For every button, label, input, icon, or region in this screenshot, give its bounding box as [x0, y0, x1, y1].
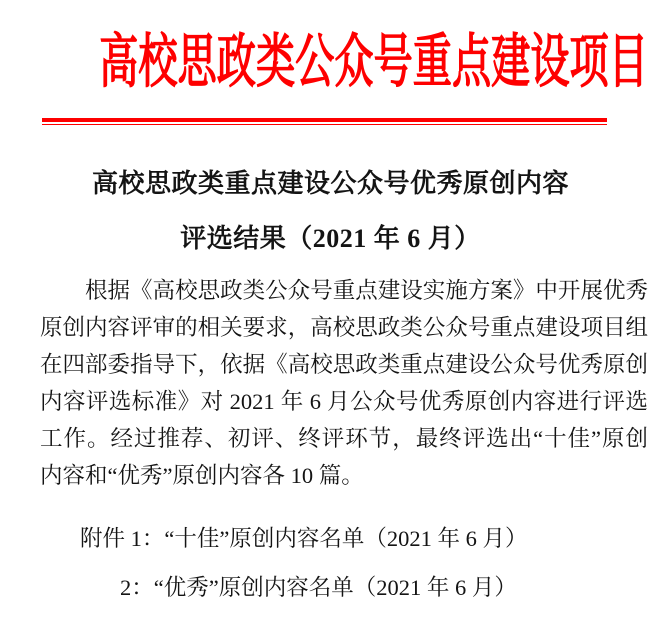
body-line: 在四部委指导下，依据《高校思政类重点建设公众号优秀原创	[40, 346, 648, 383]
document-title-line-1: 高校思政类重点建设公众号优秀原创内容	[0, 169, 661, 199]
body-line: 内容和“优秀”原创内容各 10 篇。	[40, 457, 648, 494]
body-line: 内容评选标准》对 2021 年 6 月公众号优秀原创内容进行评选	[40, 383, 648, 420]
divider-thick-rule	[42, 118, 607, 122]
divider-thin-rule	[42, 124, 607, 125]
letterhead-divider	[42, 118, 607, 125]
attachment-list: 附件 1：“十佳”原创内容名单（2021 年 6 月） 2：“优秀”原创内容名单…	[40, 520, 648, 606]
body-line: 根据《高校思政类公众号重点建设实施方案》中开展优秀	[40, 272, 648, 309]
body-paragraph: 根据《高校思政类公众号重点建设实施方案》中开展优秀 原创内容评审的相关要求，高校…	[40, 272, 648, 494]
body-line: 原创内容评审的相关要求，高校思政类公众号重点建设项目组	[40, 309, 648, 346]
document-title-line-2: 评选结果（2021 年 6 月）	[0, 224, 661, 254]
document-page: 高校思政类公众号重点建设项目 高校思政类重点建设公众号优秀原创内容 评选结果（2…	[0, 0, 661, 632]
body-line: 工作。经过推荐、初评、终评环节，最终评选出“十佳”原创	[40, 420, 648, 457]
attachment-item: 附件 1：“十佳”原创内容名单（2021 年 6 月）	[40, 520, 648, 557]
attachment-item: 2：“优秀”原创内容名单（2021 年 6 月）	[40, 569, 648, 606]
letterhead-title: 高校思政类公众号重点建设项目	[99, 33, 562, 93]
